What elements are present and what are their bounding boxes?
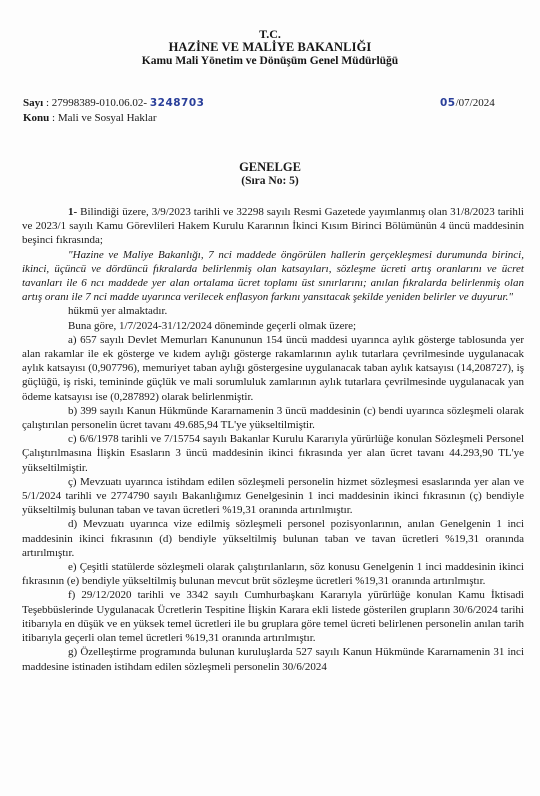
item-c: c) 6/6/1978 tarihli ve 7/15754 sayılı Ba… xyxy=(22,432,524,475)
quoted-provision: "Hazine ve Maliye Bakanlığı, 7 nci madde… xyxy=(22,248,524,305)
document-title: GENELGE xyxy=(0,160,540,175)
konu-value: : Mali ve Sosyal Haklar xyxy=(52,112,156,124)
document-sequence: (Sıra No: 5) xyxy=(0,175,540,187)
item-b: b) 399 sayılı Kanun Hükmünde Kararnameni… xyxy=(22,404,524,432)
konu-label: Konu xyxy=(23,112,49,124)
document-body: 1- Bilindiği üzere, 3/9/2023 tarihli ve … xyxy=(22,205,524,674)
item-e: e) Çeşitli statülerde sözleşmeli olarak … xyxy=(22,560,524,588)
hukmu-line: hükmü yer almaktadır. xyxy=(22,304,524,318)
paragraph-1: 1- Bilindiği üzere, 3/9/2023 tarihli ve … xyxy=(22,205,524,248)
paragraph-1-number: 1- xyxy=(68,206,77,218)
date-rest: /07/2024 xyxy=(456,97,495,109)
item-f: f) 29/12/2020 tarihli ve 3342 sayılı Cum… xyxy=(22,588,524,645)
item-d: d) Mevzuatı uyarınca vize edilmiş sözleş… xyxy=(22,517,524,560)
document-date: 05/07/2024 xyxy=(440,97,495,109)
sayi-label: Sayı xyxy=(23,97,43,109)
header-department: Kamu Mali Yönetim ve Dönüşüm Genel Müdür… xyxy=(0,55,540,67)
paragraph-1-text: Bilindiği üzere, 3/9/2023 tarihli ve 322… xyxy=(22,206,524,246)
document-page: T.C. HAZİNE VE MALİYE BAKANLIĞI Kamu Mal… xyxy=(0,0,540,796)
subject: Konu : Mali ve Sosyal Haklar xyxy=(23,112,157,124)
item-g: g) Özelleştirme programında bulunan kuru… xyxy=(22,645,524,673)
buna-gore-line: Buna göre, 1/7/2024-31/12/2024 döneminde… xyxy=(22,319,524,333)
date-handwritten-day: 05 xyxy=(440,97,456,109)
item-a: a) 657 sayılı Devlet Memurları Kanununun… xyxy=(22,333,524,404)
header-ministry: HAZİNE VE MALİYE BAKANLIĞI xyxy=(0,40,540,55)
sayi-value: : 27998389-010.06.02- xyxy=(46,97,147,109)
reference-number: Sayı : 27998389-010.06.02- 3248703 xyxy=(23,97,204,109)
item-c-cedilla: ç) Mevzuatı uyarınca istihdam edilen söz… xyxy=(22,475,524,518)
sayi-handwritten: 3248703 xyxy=(150,97,205,109)
